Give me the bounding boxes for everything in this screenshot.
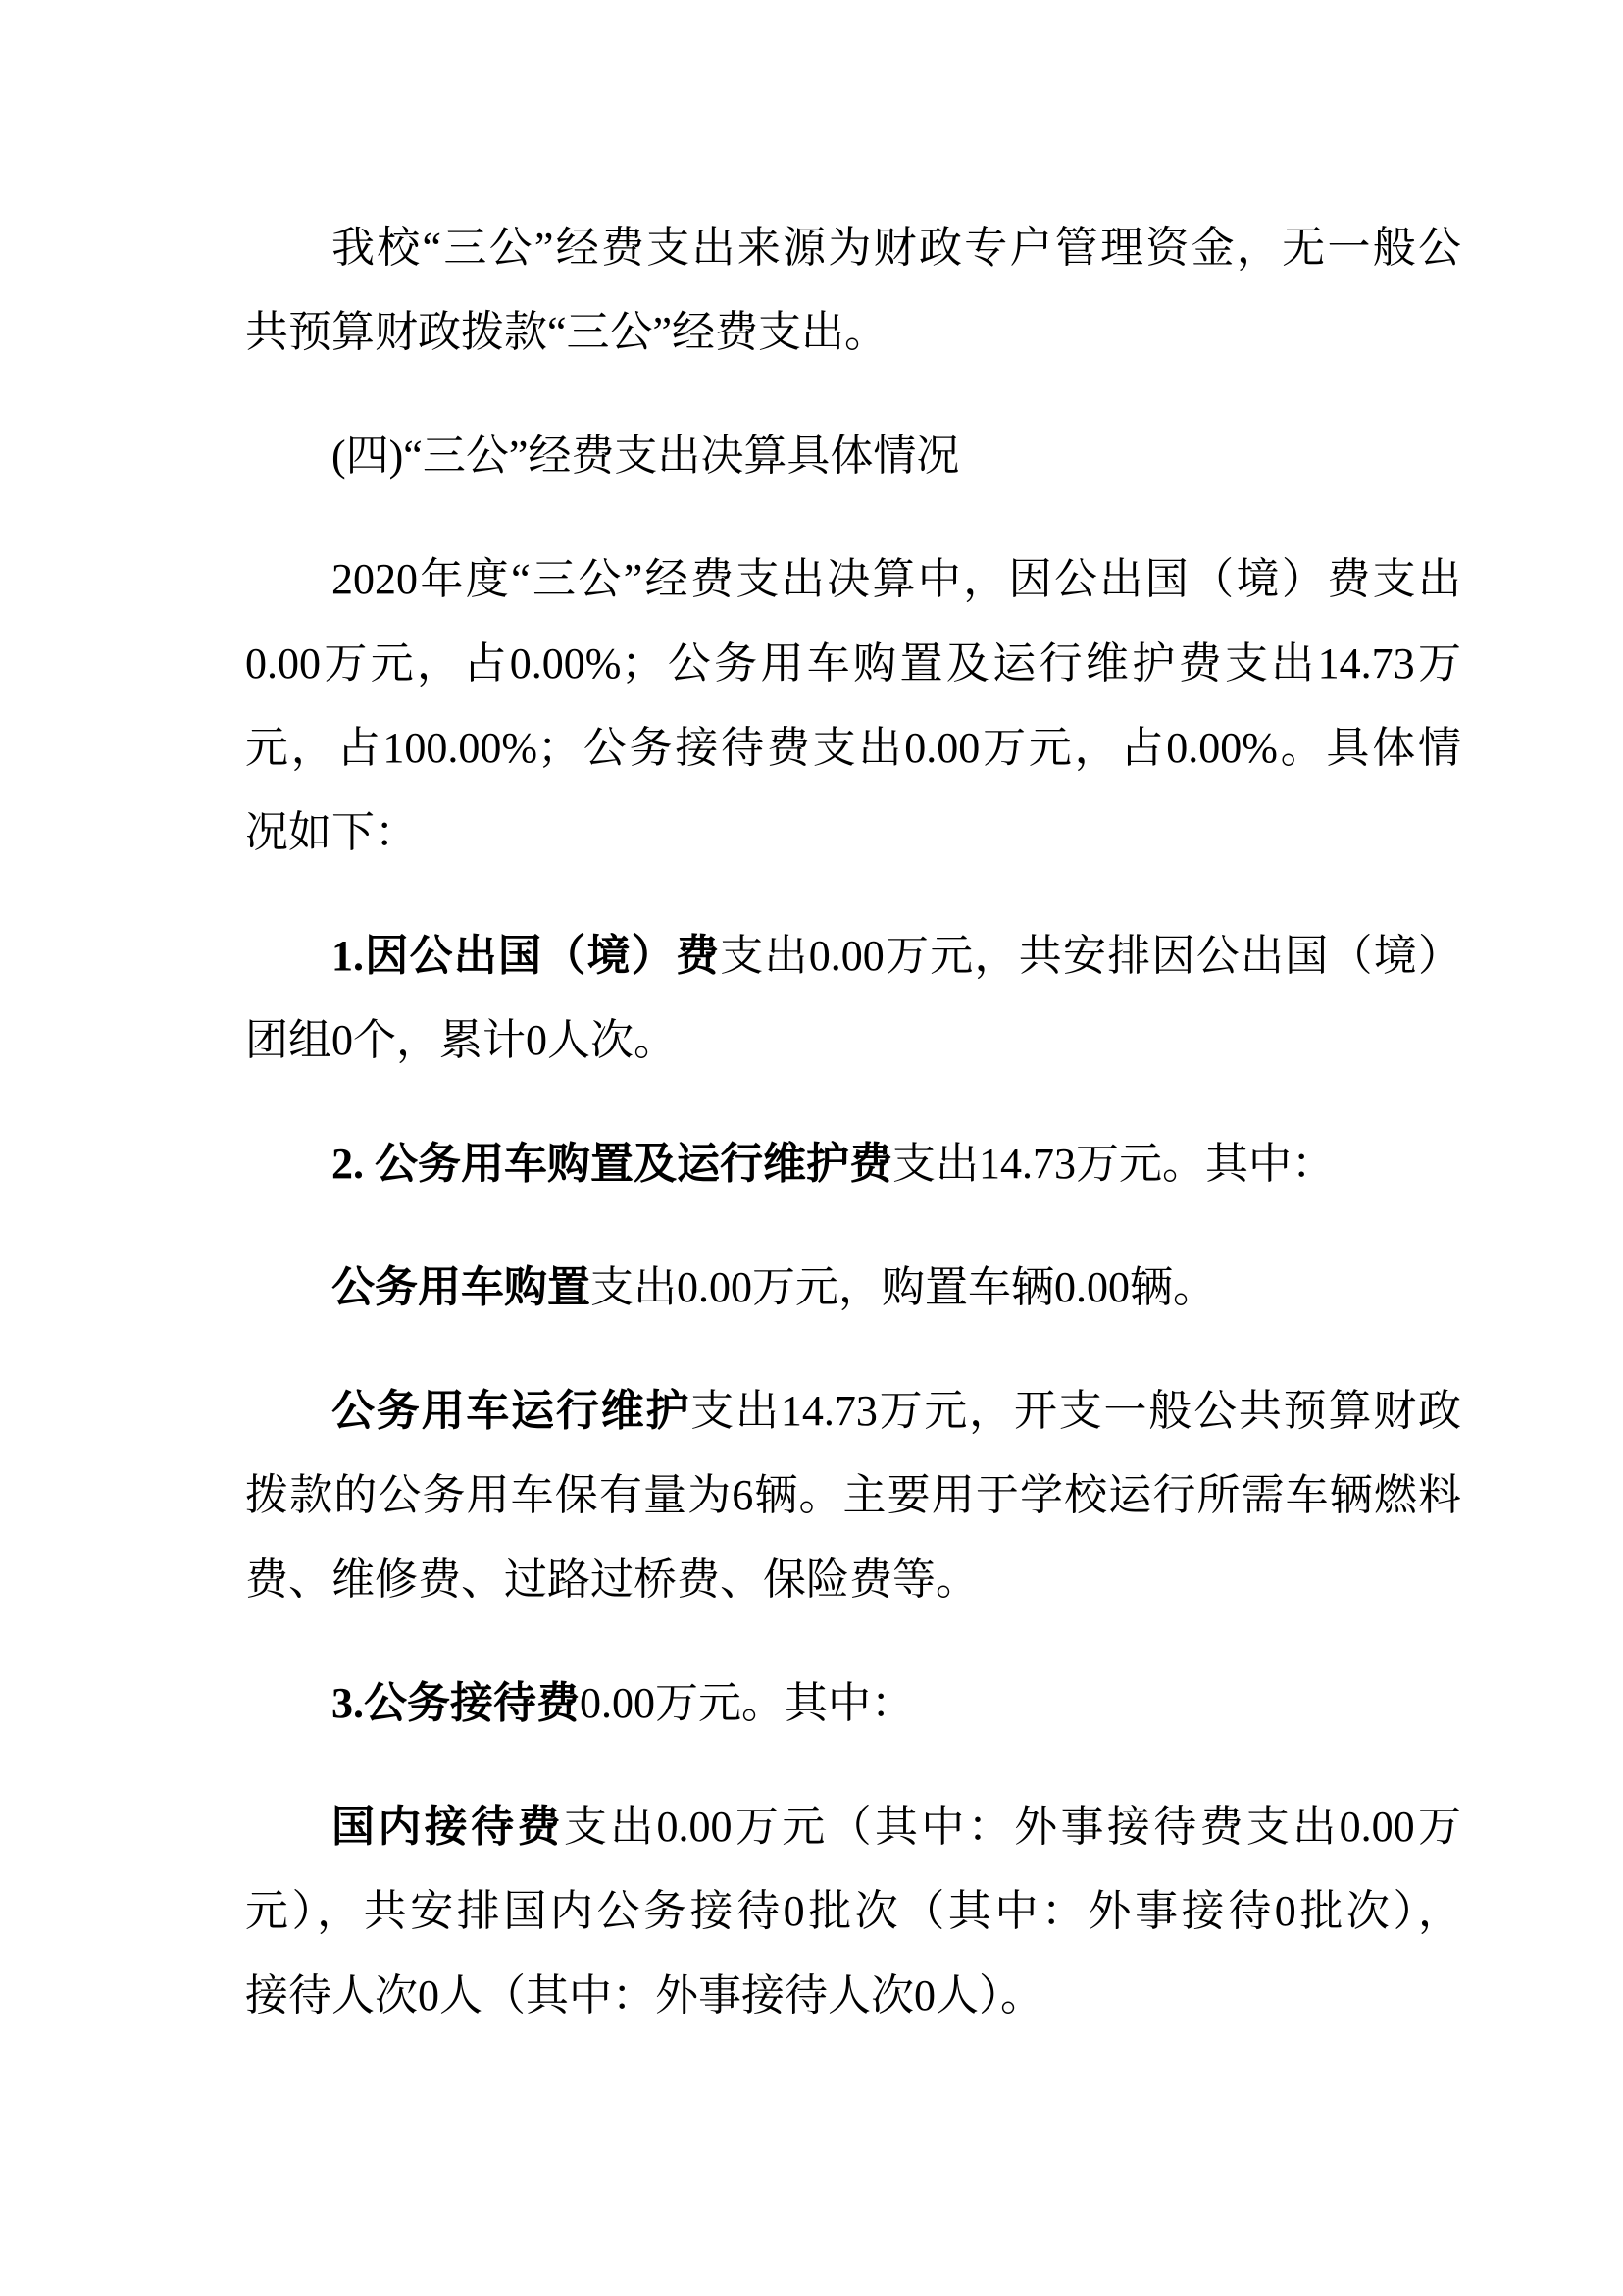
- text-line: 共预算财政拨款“三公”经费支出。: [245, 290, 1461, 375]
- para-funding-source: 我校“三公”经费支出来源为财政专户管理资金，无一般公共预算财政拨款“三公”经费支…: [245, 206, 1461, 375]
- text-segment: 元，占100.00%；公务接待费支出0.00万元，占0.00%。具体情: [245, 724, 1461, 772]
- text-line: 公务用车购置支出0.00万元，购置车辆0.00辆。: [245, 1246, 1461, 1330]
- text-line: 3.公务接待费0.00万元。其中：: [245, 1661, 1461, 1746]
- text-line: 公务用车运行维护支出14.73万元，开支一般公共预算财政: [245, 1369, 1461, 1454]
- text-line: 团组0个，累计0人次。: [245, 998, 1461, 1083]
- text-segment: (四)“三公”经费支出决算具体情况: [331, 432, 959, 480]
- text-segment: 公务用车购置: [331, 1263, 590, 1311]
- text-segment: 我校“三公”经费支出来源为财政专户管理资金，无一般公: [331, 224, 1461, 272]
- text-segment: 拨款的公务用车保有量为6辆。主要用于学校运行所需车辆燃料: [245, 1471, 1461, 1519]
- text-segment: 元），共安排国内公务接待0批次（其中：外事接待0批次），: [245, 1887, 1461, 1935]
- text-segment: 接待人次0人（其中：外事接待人次0人）。: [245, 1971, 1043, 2019]
- text-segment: 公务用车运行维护: [331, 1387, 690, 1435]
- text-segment: 2. 公务用车购置及运行维护费: [331, 1140, 892, 1188]
- text-segment: 3.公务接待费: [331, 1679, 580, 1727]
- text-segment: 共预算财政拨款“三公”经费支出。: [245, 308, 888, 356]
- para-domestic-reception: 国内接待费支出0.00万元（其中：外事接待费支出0.00万元），共安排国内公务接…: [245, 1785, 1461, 2038]
- text-segment: 0.00万元。其中：: [580, 1679, 914, 1727]
- text-line: 元，占100.00%；公务接待费支出0.00万元，占0.00%。具体情: [245, 706, 1461, 791]
- text-segment: 团组0个，累计0人次。: [245, 1016, 677, 1064]
- document-body: 我校“三公”经费支出来源为财政专户管理资金，无一般公共预算财政拨款“三公”经费支…: [245, 206, 1461, 2038]
- heading-three-public-details: (四)“三公”经费支出决算具体情况: [245, 414, 1461, 498]
- text-segment: 国内接待费: [331, 1803, 564, 1851]
- text-segment: 1.因公出国（境）费: [331, 932, 720, 980]
- text-line: 国内接待费支出0.00万元（其中：外事接待费支出0.00万: [245, 1785, 1461, 1869]
- text-line: 我校“三公”经费支出来源为财政专户管理资金，无一般公: [245, 206, 1461, 290]
- item-2-vehicle-expense: 2. 公务用车购置及运行维护费支出14.73万元。其中：: [245, 1122, 1461, 1206]
- document-page: 我校“三公”经费支出来源为财政专户管理资金，无一般公共预算财政拨款“三公”经费支…: [0, 0, 1623, 2296]
- para-vehicle-purchase: 公务用车购置支出0.00万元，购置车辆0.00辆。: [245, 1246, 1461, 1330]
- item-3-reception-expense: 3.公务接待费0.00万元。其中：: [245, 1661, 1461, 1746]
- text-line: (四)“三公”经费支出决算具体情况: [245, 414, 1461, 498]
- para-vehicle-operation: 公务用车运行维护支出14.73万元，开支一般公共预算财政拨款的公务用车保有量为6…: [245, 1369, 1461, 1622]
- text-line: 1.因公出国（境）费支出0.00万元，共安排因公出国（境）: [245, 914, 1461, 998]
- item-1-abroad-expense: 1.因公出国（境）费支出0.00万元，共安排因公出国（境）团组0个，累计0人次。: [245, 914, 1461, 1083]
- para-2020-overview: 2020年度“三公”经费支出决算中，因公出国（境）费支出0.00万元，占0.00…: [245, 537, 1461, 875]
- text-segment: 2020年度“三公”经费支出决算中，因公出国（境）费支出: [331, 555, 1461, 603]
- text-segment: 支出0.00万元（其中：外事接待费支出0.00万: [564, 1803, 1461, 1851]
- text-line: 0.00万元，占0.00%；公务用车购置及运行维护费支出14.73万: [245, 622, 1461, 706]
- text-segment: 费、维修费、过路过桥费、保险费等。: [245, 1556, 979, 1604]
- text-line: 2. 公务用车购置及运行维护费支出14.73万元。其中：: [245, 1122, 1461, 1206]
- text-line: 元），共安排国内公务接待0批次（其中：外事接待0批次），: [245, 1869, 1461, 1954]
- text-segment: 况如下：: [245, 808, 418, 856]
- text-segment: 0.00万元，占0.00%；公务用车购置及运行维护费支出14.73万: [245, 639, 1461, 688]
- text-line: 况如下：: [245, 791, 1461, 875]
- text-segment: 支出0.00万元，购置车辆0.00辆。: [590, 1263, 1216, 1311]
- text-line: 拨款的公务用车保有量为6辆。主要用于学校运行所需车辆燃料: [245, 1454, 1461, 1538]
- text-line: 费、维修费、过路过桥费、保险费等。: [245, 1538, 1461, 1622]
- text-segment: 支出14.73万元。其中：: [892, 1140, 1335, 1188]
- text-line: 2020年度“三公”经费支出决算中，因公出国（境）费支出: [245, 537, 1461, 622]
- text-segment: 支出14.73万元，开支一般公共预算财政: [690, 1387, 1461, 1435]
- text-segment: 支出0.00万元，共安排因公出国（境）: [720, 932, 1461, 980]
- text-line: 接待人次0人（其中：外事接待人次0人）。: [245, 1954, 1461, 2038]
